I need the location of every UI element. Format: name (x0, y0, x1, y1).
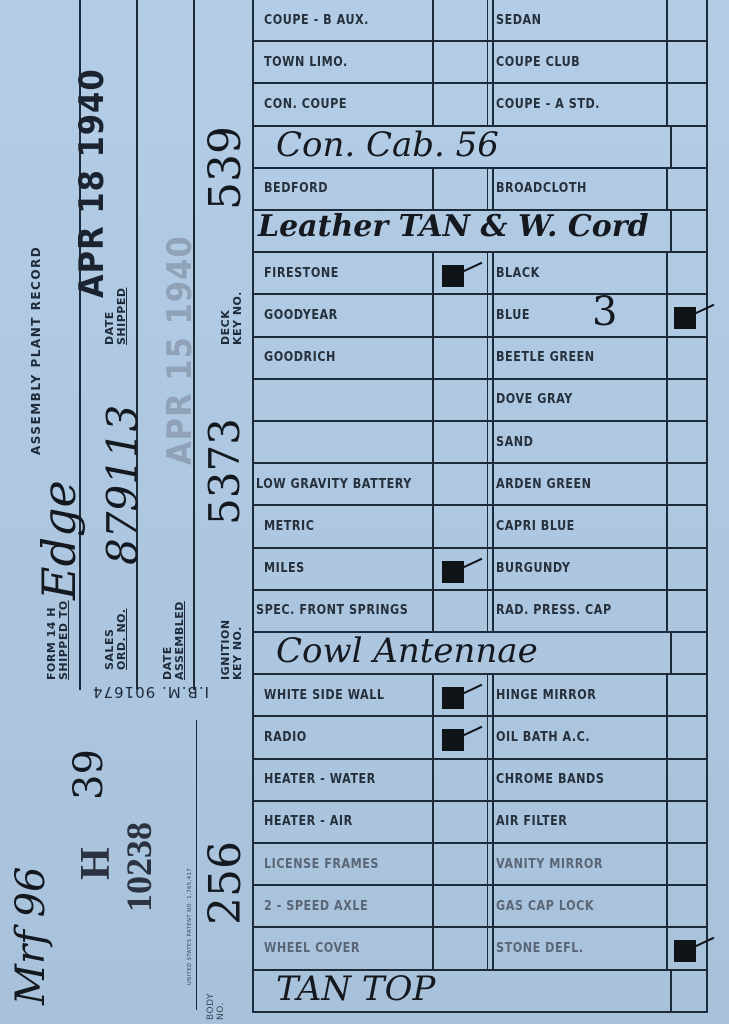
option-row: METRICCAPRI BLUE (252, 506, 708, 548)
option-label: STONE DEFL. (496, 941, 584, 956)
option-checkbox[interactable] (668, 169, 708, 209)
option-row: GOODRICHBEETLE GREEN (252, 338, 708, 380)
serial-prefix: H (72, 847, 120, 880)
options-grid: COUPE - B AUX.SEDANTOWN LIMO.COUPE CLUBC… (252, 0, 708, 1020)
option-label-cell: BEDFORD (252, 169, 434, 209)
divider-line (196, 720, 197, 1010)
option-label-cell: FIRESTONE (252, 253, 434, 293)
option-checkbox[interactable] (434, 886, 488, 926)
option-checkbox[interactable] (434, 169, 488, 209)
option-checkbox[interactable] (668, 506, 708, 546)
option-row: RADIOOIL BATH A.C. (252, 717, 708, 759)
option-label-cell: VANITY MIRROR (492, 844, 668, 884)
option-label: BEDFORD (264, 181, 328, 196)
option-label-cell: BLUE (492, 295, 668, 335)
option-checkbox[interactable] (434, 464, 488, 504)
label-deck-key: DECK KEY NO. (220, 291, 244, 345)
handwritten-entry: Con. Cab. 56 (276, 125, 499, 165)
option-label: 2 - SPEED AXLE (264, 899, 368, 914)
option-checkbox[interactable] (434, 84, 488, 124)
option-row: DOVE GRAY (252, 380, 708, 422)
option-label-cell: SPEC. FRONT SPRINGS (252, 591, 434, 631)
ibm-number: I.B.M. 901674 (92, 683, 209, 701)
option-checkbox[interactable] (668, 675, 708, 715)
body-number-value: 256 (200, 841, 251, 925)
option-checkbox[interactable] (668, 338, 708, 378)
option-label-cell: CAPRI BLUE (492, 506, 668, 546)
option-label: TOWN LIMO. (264, 55, 348, 70)
handwritten-row: Cowl Antennae (252, 633, 708, 675)
divider-line (670, 127, 672, 167)
option-checkbox[interactable] (434, 295, 488, 335)
option-label: OIL BATH A.C. (496, 730, 590, 745)
option-row: 2 - SPEED AXLEGAS CAP LOCK (252, 886, 708, 928)
form-title: ASSEMBLY PLANT RECORD (30, 246, 42, 455)
handwritten-entry: TAN TOP (276, 969, 435, 1009)
option-label-cell: ARDEN GREEN (492, 464, 668, 504)
option-label: AIR FILTER (496, 814, 567, 829)
label-body-no: BODY NO. (206, 993, 226, 1020)
option-label-cell: STONE DEFL. (492, 928, 668, 968)
option-label-cell: HINGE MIRROR (492, 675, 668, 715)
check-mark-icon (674, 307, 696, 329)
option-row: HEATER - WATERCHROME BANDS (252, 760, 708, 802)
option-label: BEETLE GREEN (496, 350, 595, 365)
option-label: LICENSE FRAMES (264, 857, 379, 872)
option-checkbox[interactable] (434, 0, 488, 40)
option-checkbox[interactable] (434, 928, 488, 968)
option-checkbox[interactable] (434, 506, 488, 546)
option-label-cell: BLACK (492, 253, 668, 293)
option-label-cell: GOODRICH (252, 338, 434, 378)
option-row: BEDFORDBROADCLOTH (252, 169, 708, 211)
option-label-cell: 2 - SPEED AXLE (252, 886, 434, 926)
option-label-cell: MILES (252, 549, 434, 589)
option-label-cell: HEATER - AIR (252, 802, 434, 842)
shipped-to-value: Edge (32, 480, 86, 600)
option-label-cell: RAD. PRESS. CAP (492, 591, 668, 631)
handwritten-cell[interactable]: TAN TOP (252, 971, 708, 1011)
option-checkbox[interactable] (668, 591, 708, 631)
option-label: RAD. PRESS. CAP (496, 603, 612, 618)
option-label: ARDEN GREEN (496, 477, 592, 492)
option-label: HEATER - WATER (264, 772, 376, 787)
option-checkbox[interactable] (668, 253, 708, 293)
label-sales-ord-no: SALES ORD. NO. (104, 609, 128, 670)
handwritten-entry: Leather TAN & W. Cord (258, 209, 649, 244)
option-row: CON. COUPECOUPE - A STD. (252, 84, 708, 126)
patent-notice: UNITED STATES PATENT NO. 1,765,417 (187, 868, 193, 985)
option-checkbox[interactable] (668, 0, 708, 40)
option-label-cell: LICENSE FRAMES (252, 844, 434, 884)
check-mark-icon (442, 687, 464, 709)
divider-line (670, 211, 672, 251)
option-checkbox[interactable] (434, 338, 488, 378)
option-checkbox[interactable] (668, 380, 708, 420)
check-mark-icon (442, 265, 464, 287)
option-label: RADIO (264, 730, 307, 745)
option-checkbox[interactable] (434, 760, 488, 800)
option-label: GOODYEAR (264, 308, 338, 323)
option-label: COUPE CLUB (496, 55, 580, 70)
option-label: GAS CAP LOCK (496, 899, 594, 914)
option-label: VANITY MIRROR (496, 857, 603, 872)
option-checkbox[interactable] (434, 422, 488, 462)
handwritten-cell[interactable]: Cowl Antennae (252, 633, 708, 673)
check-mark-icon (442, 561, 464, 583)
option-checkbox[interactable] (668, 422, 708, 462)
sales-order-value: 879113 (98, 405, 147, 565)
handwritten-code: 39 (66, 749, 112, 800)
option-checkbox[interactable] (668, 760, 708, 800)
option-checkbox[interactable] (668, 464, 708, 504)
divider-line (670, 633, 672, 673)
ignition-key-value: 5373 (200, 418, 249, 525)
option-label: METRIC (264, 519, 314, 534)
option-checkbox[interactable] (668, 717, 708, 757)
serial-number: 10238 (118, 822, 160, 912)
option-label: HEATER - AIR (264, 814, 353, 829)
option-label: MILES (264, 561, 305, 576)
option-checkbox[interactable] (434, 591, 488, 631)
handwritten-row: TAN TOP (252, 971, 708, 1013)
option-checkbox[interactable] (668, 802, 708, 842)
option-label: COUPE - A STD. (496, 97, 600, 112)
option-label-cell: BURGUNDY (492, 549, 668, 589)
option-checkbox[interactable] (434, 802, 488, 842)
handwritten-entry: Cowl Antennae (276, 631, 538, 671)
option-label-cell: LOW GRAVITY BATTERY (252, 464, 434, 504)
option-label: COUPE - B AUX. (264, 13, 369, 28)
option-label-cell: METRIC (252, 506, 434, 546)
option-label: SPEC. FRONT SPRINGS (256, 603, 408, 618)
option-label: CON. COUPE (264, 97, 347, 112)
option-checkbox[interactable] (434, 42, 488, 82)
label-ignition-key: IGNITION KEY NO. (220, 619, 244, 680)
option-checkbox[interactable] (668, 844, 708, 884)
option-label-cell: GAS CAP LOCK (492, 886, 668, 926)
option-label: SEDAN (496, 13, 542, 28)
option-label: WHITE SIDE WALL (264, 688, 385, 703)
option-row: COUPE - B AUX.SEDAN (252, 0, 708, 42)
option-row: MILESBURGUNDY (252, 549, 708, 591)
option-label-cell (252, 422, 434, 462)
option-label: DOVE GRAY (496, 392, 573, 407)
option-label-cell: BEETLE GREEN (492, 338, 668, 378)
option-label: WHEEL COVER (264, 941, 360, 956)
divider-line (136, 0, 138, 690)
handwritten-cell[interactable]: Con. Cab. 56 (252, 127, 708, 167)
option-label-cell: BROADCLOTH (492, 169, 668, 209)
option-label-cell: SEDAN (492, 0, 668, 40)
handwritten-cell[interactable]: Leather TAN & W. Cord (252, 211, 708, 251)
handwritten-note: Mrf 96 (8, 867, 54, 1006)
option-label: BLUE (496, 308, 530, 323)
option-label-cell: CON. COUPE (252, 84, 434, 124)
option-row: FIRESTONEBLACK (252, 253, 708, 295)
option-label-cell: COUPE - B AUX. (252, 0, 434, 40)
option-row: LOW GRAVITY BATTERYARDEN GREEN (252, 464, 708, 506)
handwritten-note: 3 (592, 289, 617, 335)
option-label: GOODRICH (264, 350, 336, 365)
option-label-cell: WHEEL COVER (252, 928, 434, 968)
option-label: BLACK (496, 266, 540, 281)
option-checkbox[interactable] (434, 844, 488, 884)
option-row: HEATER - AIRAIR FILTER (252, 802, 708, 844)
option-label-cell: COUPE CLUB (492, 42, 668, 82)
option-label-cell: RADIO (252, 717, 434, 757)
option-row: LICENSE FRAMESVANITY MIRROR (252, 844, 708, 886)
option-label-cell: TOWN LIMO. (252, 42, 434, 82)
option-row: SAND (252, 422, 708, 464)
option-row: TOWN LIMO.COUPE CLUB (252, 42, 708, 84)
option-label: BROADCLOTH (496, 181, 587, 196)
option-row: GOODYEARBLUE3 (252, 295, 708, 337)
date-assembled-stamp: APR 15 1940 (160, 235, 200, 465)
check-mark-icon (442, 729, 464, 751)
option-label: SAND (496, 435, 533, 450)
label-date-assembled: DATE ASSEMBLED (162, 601, 186, 680)
option-label: HINGE MIRROR (496, 688, 596, 703)
divider-line (670, 971, 672, 1011)
option-label-cell: COUPE - A STD. (492, 84, 668, 124)
option-row: WHITE SIDE WALLHINGE MIRROR (252, 675, 708, 717)
option-label-cell: SAND (492, 422, 668, 462)
option-label: CHROME BANDS (496, 772, 604, 787)
handwritten-row: Leather TAN & W. Cord (252, 211, 708, 253)
option-row: WHEEL COVERSTONE DEFL. (252, 928, 708, 970)
check-mark-icon (674, 940, 696, 962)
option-label-cell: AIR FILTER (492, 802, 668, 842)
assembly-plant-record-card: ASSEMBLY PLANT RECORD FORM 14 H SHIPPED … (0, 0, 729, 1024)
option-checkbox[interactable] (668, 886, 708, 926)
date-shipped-stamp: APR 18 1940 (72, 68, 112, 298)
option-label-cell: CHROME BANDS (492, 760, 668, 800)
option-checkbox[interactable] (668, 42, 708, 82)
option-checkbox[interactable] (668, 549, 708, 589)
option-label-cell: DOVE GRAY (492, 380, 668, 420)
option-label-cell: WHITE SIDE WALL (252, 675, 434, 715)
option-label-cell: HEATER - WATER (252, 760, 434, 800)
handwritten-row: Con. Cab. 56 (252, 127, 708, 169)
option-label-cell: OIL BATH A.C. (492, 717, 668, 757)
option-row: SPEC. FRONT SPRINGSRAD. PRESS. CAP (252, 591, 708, 633)
option-checkbox[interactable] (434, 380, 488, 420)
option-label: BURGUNDY (496, 561, 571, 576)
option-label: CAPRI BLUE (496, 519, 575, 534)
option-label: FIRESTONE (264, 266, 339, 281)
option-label-cell: GOODYEAR (252, 295, 434, 335)
option-label: LOW GRAVITY BATTERY (256, 477, 412, 492)
deck-key-value: 539 (200, 126, 251, 210)
label-shipped-to: FORM 14 H SHIPPED TO (46, 600, 70, 680)
option-label-cell (252, 380, 434, 420)
option-checkbox[interactable] (668, 84, 708, 124)
